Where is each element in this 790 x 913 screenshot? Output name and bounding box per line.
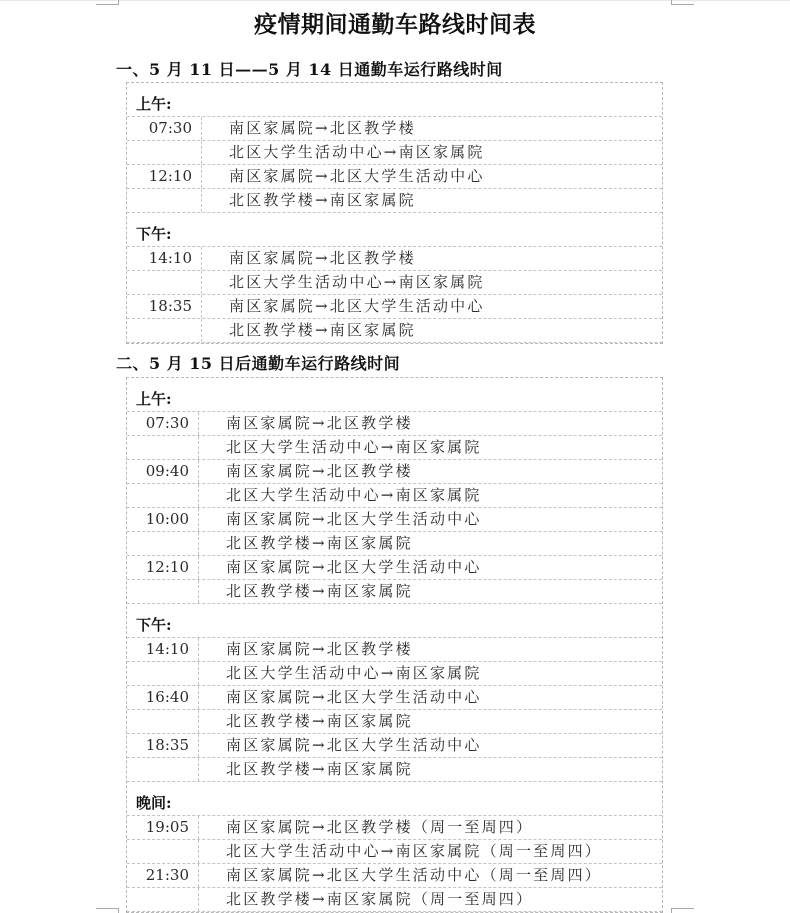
- document-title: 疫情期间通勤车路线时间表: [0, 6, 790, 39]
- route-description: 南区家属院→北区大学生活动中心: [199, 734, 662, 757]
- route-description: 南区家属院→北区大学生活动中心（周一至周四）: [199, 864, 662, 887]
- departure-time: 14:10: [127, 247, 202, 270]
- route-description: 北区大学生活动中心→南区家属院: [199, 436, 662, 459]
- departure-time: 19:05: [127, 816, 199, 839]
- table-row: 北区大学生活动中心→南区家属院: [127, 271, 662, 295]
- table-row: 北区教学楼→南区家属院: [127, 532, 662, 556]
- route-description: 北区教学楼→南区家属院: [199, 580, 662, 603]
- period-header-row: 下午:: [127, 213, 662, 247]
- period-label: 晚间:: [136, 792, 172, 813]
- route-description: 北区大学生活动中心→南区家属院: [199, 662, 662, 685]
- route-description: 南区家属院→北区教学楼: [202, 117, 662, 140]
- route-description: 北区教学楼→南区家属院: [202, 189, 662, 212]
- route-description: 北区教学楼→南区家属院: [199, 532, 662, 555]
- route-description: 南区家属院→北区教学楼: [199, 460, 662, 483]
- table-row: 18:35南区家属院→北区大学生活动中心: [127, 734, 662, 758]
- departure-time: 16:40: [127, 686, 199, 709]
- departure-time: 09:40: [127, 460, 199, 483]
- period-label: 上午:: [136, 93, 172, 114]
- schedule-table: 上午:07:30南区家属院→北区教学楼北区大学生活动中心→南区家属院12:10南…: [126, 82, 663, 344]
- route-description: 北区教学楼→南区家属院: [199, 758, 662, 781]
- departure-time: [127, 436, 199, 459]
- table-row: 北区教学楼→南区家属院: [127, 319, 662, 343]
- table-row: 北区大学生活动中心→南区家属院: [127, 662, 662, 686]
- margin-corner-marker: [96, 0, 119, 5]
- departure-time: [127, 532, 199, 555]
- route-description: 北区大学生活动中心→南区家属院: [199, 484, 662, 507]
- departure-time: [127, 710, 199, 733]
- table-row: 07:30南区家属院→北区教学楼: [127, 412, 662, 436]
- section-heading: 一、5 月 11 日——5 月 14 日通勤车运行路线时间: [116, 57, 503, 80]
- route-description: 南区家属院→北区教学楼（周一至周四）: [199, 816, 662, 839]
- table-row: 07:30南区家属院→北区教学楼: [127, 117, 662, 141]
- departure-time: [127, 580, 199, 603]
- table-row: 北区大学生活动中心→南区家属院（周一至周四）: [127, 840, 662, 864]
- route-description: 北区教学楼→南区家属院: [202, 319, 662, 342]
- departure-time: [127, 189, 202, 212]
- table-row: 北区教学楼→南区家属院（周一至周四）: [127, 888, 662, 912]
- route-description: 南区家属院→北区教学楼: [202, 247, 662, 270]
- table-row: 14:10南区家属院→北区教学楼: [127, 638, 662, 662]
- table-row: 16:40南区家属院→北区大学生活动中心: [127, 686, 662, 710]
- table-row: 北区大学生活动中心→南区家属院: [127, 484, 662, 508]
- departure-time: 21:30: [127, 864, 199, 887]
- schedule-table: 上午:07:30南区家属院→北区教学楼北区大学生活动中心→南区家属院09:40南…: [126, 377, 663, 913]
- section-heading: 二、5 月 15 日后通勤车运行路线时间: [116, 351, 400, 374]
- departure-time: 07:30: [127, 117, 202, 140]
- departure-time: 07:30: [127, 412, 199, 435]
- route-description: 北区教学楼→南区家属院（周一至周四）: [199, 888, 662, 911]
- departure-time: 12:10: [127, 556, 199, 579]
- period-header-row: 晚间:: [127, 782, 662, 816]
- departure-time: [127, 888, 199, 911]
- departure-time: [127, 758, 199, 781]
- departure-time: [127, 271, 202, 294]
- table-row: 北区教学楼→南区家属院: [127, 580, 662, 604]
- departure-time: [127, 662, 199, 685]
- table-row: 北区大学生活动中心→南区家属院: [127, 141, 662, 165]
- table-row: 09:40南区家属院→北区教学楼: [127, 460, 662, 484]
- route-description: 北区大学生活动中心→南区家属院（周一至周四）: [199, 840, 662, 863]
- period-label: 上午:: [136, 388, 172, 409]
- departure-time: [127, 484, 199, 507]
- period-label: 下午:: [136, 223, 172, 244]
- route-description: 南区家属院→北区大学生活动中心: [199, 556, 662, 579]
- table-row: 12:10南区家属院→北区大学生活动中心: [127, 556, 662, 580]
- period-label: 下午:: [136, 614, 172, 635]
- table-row: 19:05南区家属院→北区教学楼（周一至周四）: [127, 816, 662, 840]
- departure-time: [127, 840, 199, 863]
- departure-time: 12:10: [127, 165, 202, 188]
- route-description: 南区家属院→北区教学楼: [199, 412, 662, 435]
- departure-time: 18:35: [127, 295, 202, 318]
- route-description: 南区家属院→北区大学生活动中心: [199, 508, 662, 531]
- route-description: 北区大学生活动中心→南区家属院: [202, 141, 662, 164]
- margin-corner-marker: [671, 908, 694, 913]
- table-row: 北区大学生活动中心→南区家属院: [127, 436, 662, 460]
- margin-corner-marker: [96, 908, 119, 913]
- route-description: 北区大学生活动中心→南区家属院: [202, 271, 662, 294]
- margin-corner-marker: [671, 0, 694, 5]
- departure-time: 10:00: [127, 508, 199, 531]
- route-description: 北区教学楼→南区家属院: [199, 710, 662, 733]
- period-header-row: 下午:: [127, 604, 662, 638]
- table-row: 18:35南区家属院→北区大学生活动中心: [127, 295, 662, 319]
- departure-time: 14:10: [127, 638, 199, 661]
- table-row: 北区教学楼→南区家属院: [127, 758, 662, 782]
- period-header-row: 上午:: [127, 378, 662, 412]
- route-description: 南区家属院→北区教学楼: [199, 638, 662, 661]
- departure-time: [127, 319, 202, 342]
- table-row: 10:00南区家属院→北区大学生活动中心: [127, 508, 662, 532]
- table-row: 21:30南区家属院→北区大学生活动中心（周一至周四）: [127, 864, 662, 888]
- departure-time: 18:35: [127, 734, 199, 757]
- route-description: 南区家属院→北区大学生活动中心: [199, 686, 662, 709]
- table-row: 12:10南区家属院→北区大学生活动中心: [127, 165, 662, 189]
- route-description: 南区家属院→北区大学生活动中心: [202, 165, 662, 188]
- route-description: 南区家属院→北区大学生活动中心: [202, 295, 662, 318]
- table-row: 北区教学楼→南区家属院: [127, 710, 662, 734]
- departure-time: [127, 141, 202, 164]
- period-header-row: 上午:: [127, 83, 662, 117]
- document-page: 疫情期间通勤车路线时间表 一、5 月 11 日——5 月 14 日通勤车运行路线…: [0, 0, 790, 913]
- table-row: 14:10南区家属院→北区教学楼: [127, 247, 662, 271]
- table-row: 北区教学楼→南区家属院: [127, 189, 662, 213]
